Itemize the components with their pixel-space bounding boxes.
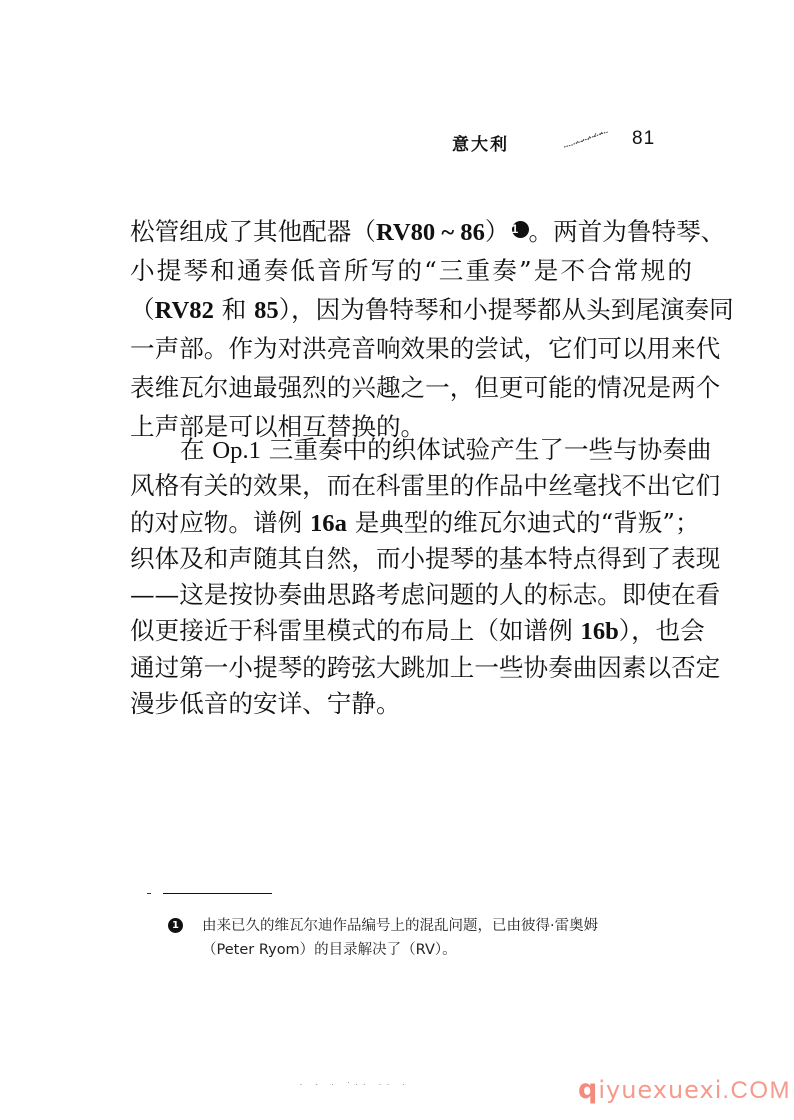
catalog-reference: RV82 <box>155 297 214 324</box>
text-line: 小提琴和通奏低音所写的“三重奏”是不合常规的 <box>130 251 692 290</box>
text-segment: ），因为鲁特琴和小提琴都从头到尾演奏同 <box>279 295 734 324</box>
text-line: 表维瓦尔迪最强烈的兴趣之一，但更可能的情况是两个 <box>130 368 692 407</box>
text-segment: 松管组成了其他配器（ <box>130 217 376 246</box>
footnote-reference-marker[interactable]: 1 <box>512 221 529 238</box>
text-segment: 的对应物。谱例 <box>130 508 310 537</box>
text-line: 织体及和声随其自然，而小提琴的基本特点得到了表现 <box>130 541 692 577</box>
text-segment: 似更接近于科雷里模式的布局上（如谱例 <box>130 616 581 645</box>
footnote-separator <box>163 893 272 894</box>
text-line: 风格有关的效果，而在科雷里的作品中丝毫找不出它们 <box>130 468 692 504</box>
scan-artifact <box>147 893 151 894</box>
text-line: 一声部。作为对洪亮音响效果的尝试，它们可以用来代 <box>130 329 692 368</box>
running-title: 意大利 <box>452 130 509 155</box>
text-segment: 和 <box>214 295 254 324</box>
footnote-text: 由来已久的维瓦尔迪作品编号上的混乱问题，已由彼得·雷奥姆 （Peter Ryom… <box>202 914 698 962</box>
scan-artifact: . . . ·.. .. . <box>300 1080 411 1087</box>
example-reference: 16b <box>581 618 619 645</box>
text-line: 的对应物。谱例 16a 是典型的维瓦尔迪式的“背叛”； <box>130 505 692 541</box>
footnote: 1 由来已久的维瓦尔迪作品编号上的混乱问题，已由彼得·雷奥姆 （Peter Ry… <box>168 914 698 962</box>
watermark-domain: .COM <box>722 1077 791 1104</box>
catalog-reference: 85 <box>254 297 279 324</box>
footnote-marker-icon: 1 <box>168 918 183 933</box>
text-segment: 三重奏中的织体试验产生了一些与协奏曲 <box>261 435 712 464</box>
text-segment: ） <box>485 217 510 246</box>
text-segment: （ <box>130 295 155 324</box>
page-number: 81 <box>632 128 655 150</box>
footnote-line: （Peter Ryom）的目录解决了（RV）。 <box>202 938 698 962</box>
text-line: 在 Op.1 三重奏中的织体试验产生了一些与协奏曲 <box>130 432 692 468</box>
text-line: 漫步低音的安详、宁静。 <box>130 686 692 722</box>
text-line: 松管组成了其他配器（RV80 ~ 86）1。两首为鲁特琴、 <box>130 212 692 251</box>
running-header: 意大利 81 <box>452 130 672 160</box>
footnote-line: 由来已久的维瓦尔迪作品编号上的混乱问题，已由彼得·雷奥姆 <box>202 914 698 938</box>
text-line: ——这是按协奏曲思路考虑问题的人的标志。即使在看 <box>130 577 692 613</box>
example-reference: 16a <box>310 510 347 537</box>
catalog-reference: RV80 ~ 86 <box>376 219 485 246</box>
text-segment: 是典型的维瓦尔迪式的“背叛”； <box>347 508 700 537</box>
paragraph-1: 松管组成了其他配器（RV80 ~ 86）1。两首为鲁特琴、 小提琴和通奏低音所写… <box>130 212 692 446</box>
site-watermark: qiyuexuexi.COM <box>578 1074 791 1105</box>
text-segment: 。两首为鲁特琴、 <box>529 217 726 246</box>
watermark-text: iyuexuexi <box>598 1076 722 1104</box>
text-line: （RV82 和 85），因为鲁特琴和小提琴都从头到尾演奏同 <box>130 290 692 329</box>
opus-reference: Op.1 <box>212 437 261 464</box>
flourish-ornament-icon <box>562 130 612 150</box>
paragraph-2: 在 Op.1 三重奏中的织体试验产生了一些与协奏曲 风格有关的效果，而在科雷里的… <box>130 432 692 722</box>
text-line: 通过第一小提琴的跨弦大跳加上一些协奏曲因素以否定 <box>130 650 692 686</box>
text-line: 似更接近于科雷里模式的布局上（如谱例 16b），也会 <box>130 613 692 649</box>
watermark-logo-q: q <box>578 1074 598 1105</box>
text-segment: 在 <box>180 435 212 464</box>
text-segment: ），也会 <box>619 616 705 645</box>
